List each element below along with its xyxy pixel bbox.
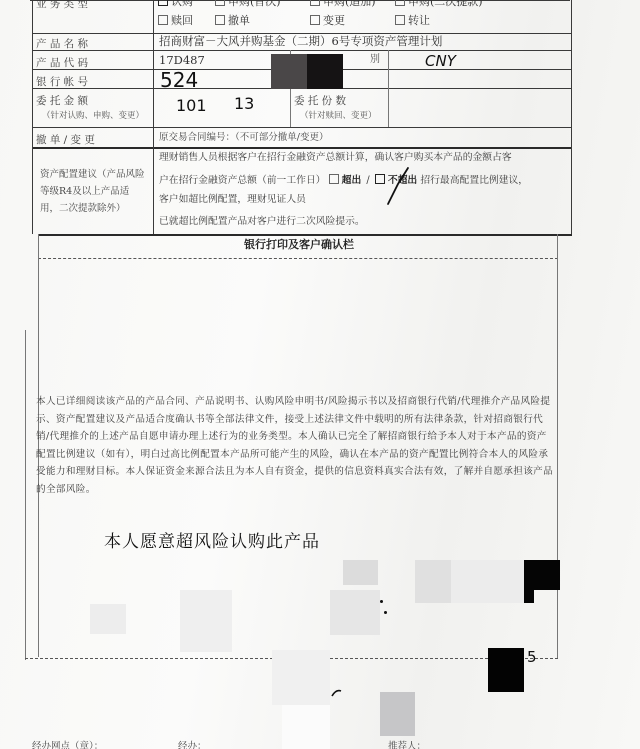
handwritten-stroke-icon [330, 688, 344, 698]
redaction-block [380, 692, 415, 736]
product-name-value: 招商财富－大风并购基金（二期）6号专项资产管理计划 [159, 36, 442, 48]
redaction-block [488, 648, 524, 692]
option-transfer[interactable]: 转让 [395, 15, 430, 26]
checkbox-checked-icon [158, 0, 168, 6]
redaction-block [180, 590, 232, 652]
allocation-line1: 理财销售人员根据客户在招行金融资产总额计算，确认客户购买本产品的金额占客 [159, 153, 512, 163]
checkbox-icon [329, 174, 339, 184]
entrust-shares-label: 委 托 份 数 [294, 93, 384, 108]
option-purchase-first[interactable]: 申购(首次) [215, 0, 281, 7]
allocation-line2: 户在招行金融资产总额（前一工作日） 超出 / 不超出 招行最高配置比例建议， [159, 174, 528, 186]
column-divider [153, 0, 154, 234]
redaction-block [343, 560, 378, 585]
bank-account-value-handwritten: 524 [160, 68, 198, 92]
declaration-text: 本人已详细阅读该产品的产品合同、产品说明书、认购风险申明书/风险揭示书以及招商银… [36, 393, 554, 498]
withdraw-change-value: 原交易合同编号：（不可部分撤单/变更） [159, 133, 328, 143]
allocation-label: 资产配置建议（产品风险等级R4及以上产品适用，二次提款除外） [40, 166, 148, 217]
redaction-block [524, 560, 560, 590]
checkbox-icon [395, 0, 405, 6]
option-purchase-add[interactable]: 申购(追加) [310, 0, 376, 7]
ink-dot [380, 600, 383, 603]
row-divider [32, 147, 572, 149]
allocation-line4: 已就超比例配置产品对客户进行二次风险提示。 [159, 217, 365, 227]
checkbox-icon [310, 15, 320, 25]
checkbox-icon [215, 15, 225, 25]
currency-label: 別 [370, 55, 380, 65]
currency-value-handwritten: CNY [425, 52, 456, 70]
section-border-right [557, 234, 558, 659]
handwritten-mark: 5 [527, 648, 537, 666]
entrust-amount-value-b: 13 [234, 94, 254, 113]
redaction-block [307, 54, 343, 89]
option-change[interactable]: 变更 [310, 15, 345, 26]
redaction-block [90, 604, 126, 634]
exceed-option[interactable]: 超出 [329, 175, 362, 186]
option-redeem[interactable]: 赎回 [158, 15, 193, 26]
section-border-left [25, 330, 26, 660]
entrust-amount-label: 委 托 金 额 [36, 93, 148, 108]
checkbox-icon [215, 0, 225, 6]
row-divider [38, 234, 572, 236]
ink-dot [384, 611, 387, 614]
footer-agent-label: 经办网点（章）： [32, 738, 103, 749]
footer-recommender-label: 推荐人： [388, 738, 426, 749]
product-code-label: 产 品 代 码 [36, 55, 148, 70]
checkbox-icon [158, 15, 168, 25]
option-subscribe[interactable]: 认购 [158, 0, 193, 7]
allocation-line3: 客户如超比例配置，理财见证人员 [159, 195, 306, 205]
section-title: 银行打印及客户确认栏 [244, 239, 354, 250]
handwritten-check-mark-icon [384, 166, 414, 206]
redaction-block [282, 705, 330, 749]
entrust-amount-sublabel: （针对认购、申购、变更） [42, 112, 144, 121]
footer-handler-label: 经办： [178, 738, 207, 749]
withdraw-change-label: 撤 单 / 变 更 [36, 132, 148, 147]
product-code-value: 17D487 [159, 55, 205, 67]
scanned-form-page: 业 务 类 型 认购 申购(首次) 申购(追加) 申购(二次提款) 赎回 撤单 … [0, 0, 640, 749]
redaction-block [271, 54, 307, 89]
handwritten-statement: 本人愿意超风险认购此产品 [104, 527, 320, 552]
table-border-left [32, 0, 33, 234]
checkbox-icon [395, 15, 405, 25]
column-divider [388, 50, 389, 69]
checkbox-icon [310, 0, 320, 6]
option-cancel[interactable]: 撤单 [215, 15, 250, 26]
redaction-block [415, 560, 451, 603]
product-name-label: 产 品 名 称 [36, 36, 148, 51]
option-purchase-second[interactable]: 申购(二次提款) [395, 0, 483, 7]
redaction-block [330, 590, 380, 635]
entrust-shares-sublabel: （针对赎回、变更） [300, 112, 377, 121]
row-divider [32, 127, 572, 128]
section-divider [38, 258, 558, 259]
redaction-block [451, 560, 524, 603]
table-border-right [571, 0, 572, 234]
redaction-block [524, 590, 534, 603]
redaction-block [272, 650, 330, 705]
bank-account-label: 银 行 帐 号 [36, 74, 148, 89]
entrust-amount-value-a: 101 [176, 96, 207, 115]
business-type-label: 业 务 类 型 [36, 0, 148, 11]
